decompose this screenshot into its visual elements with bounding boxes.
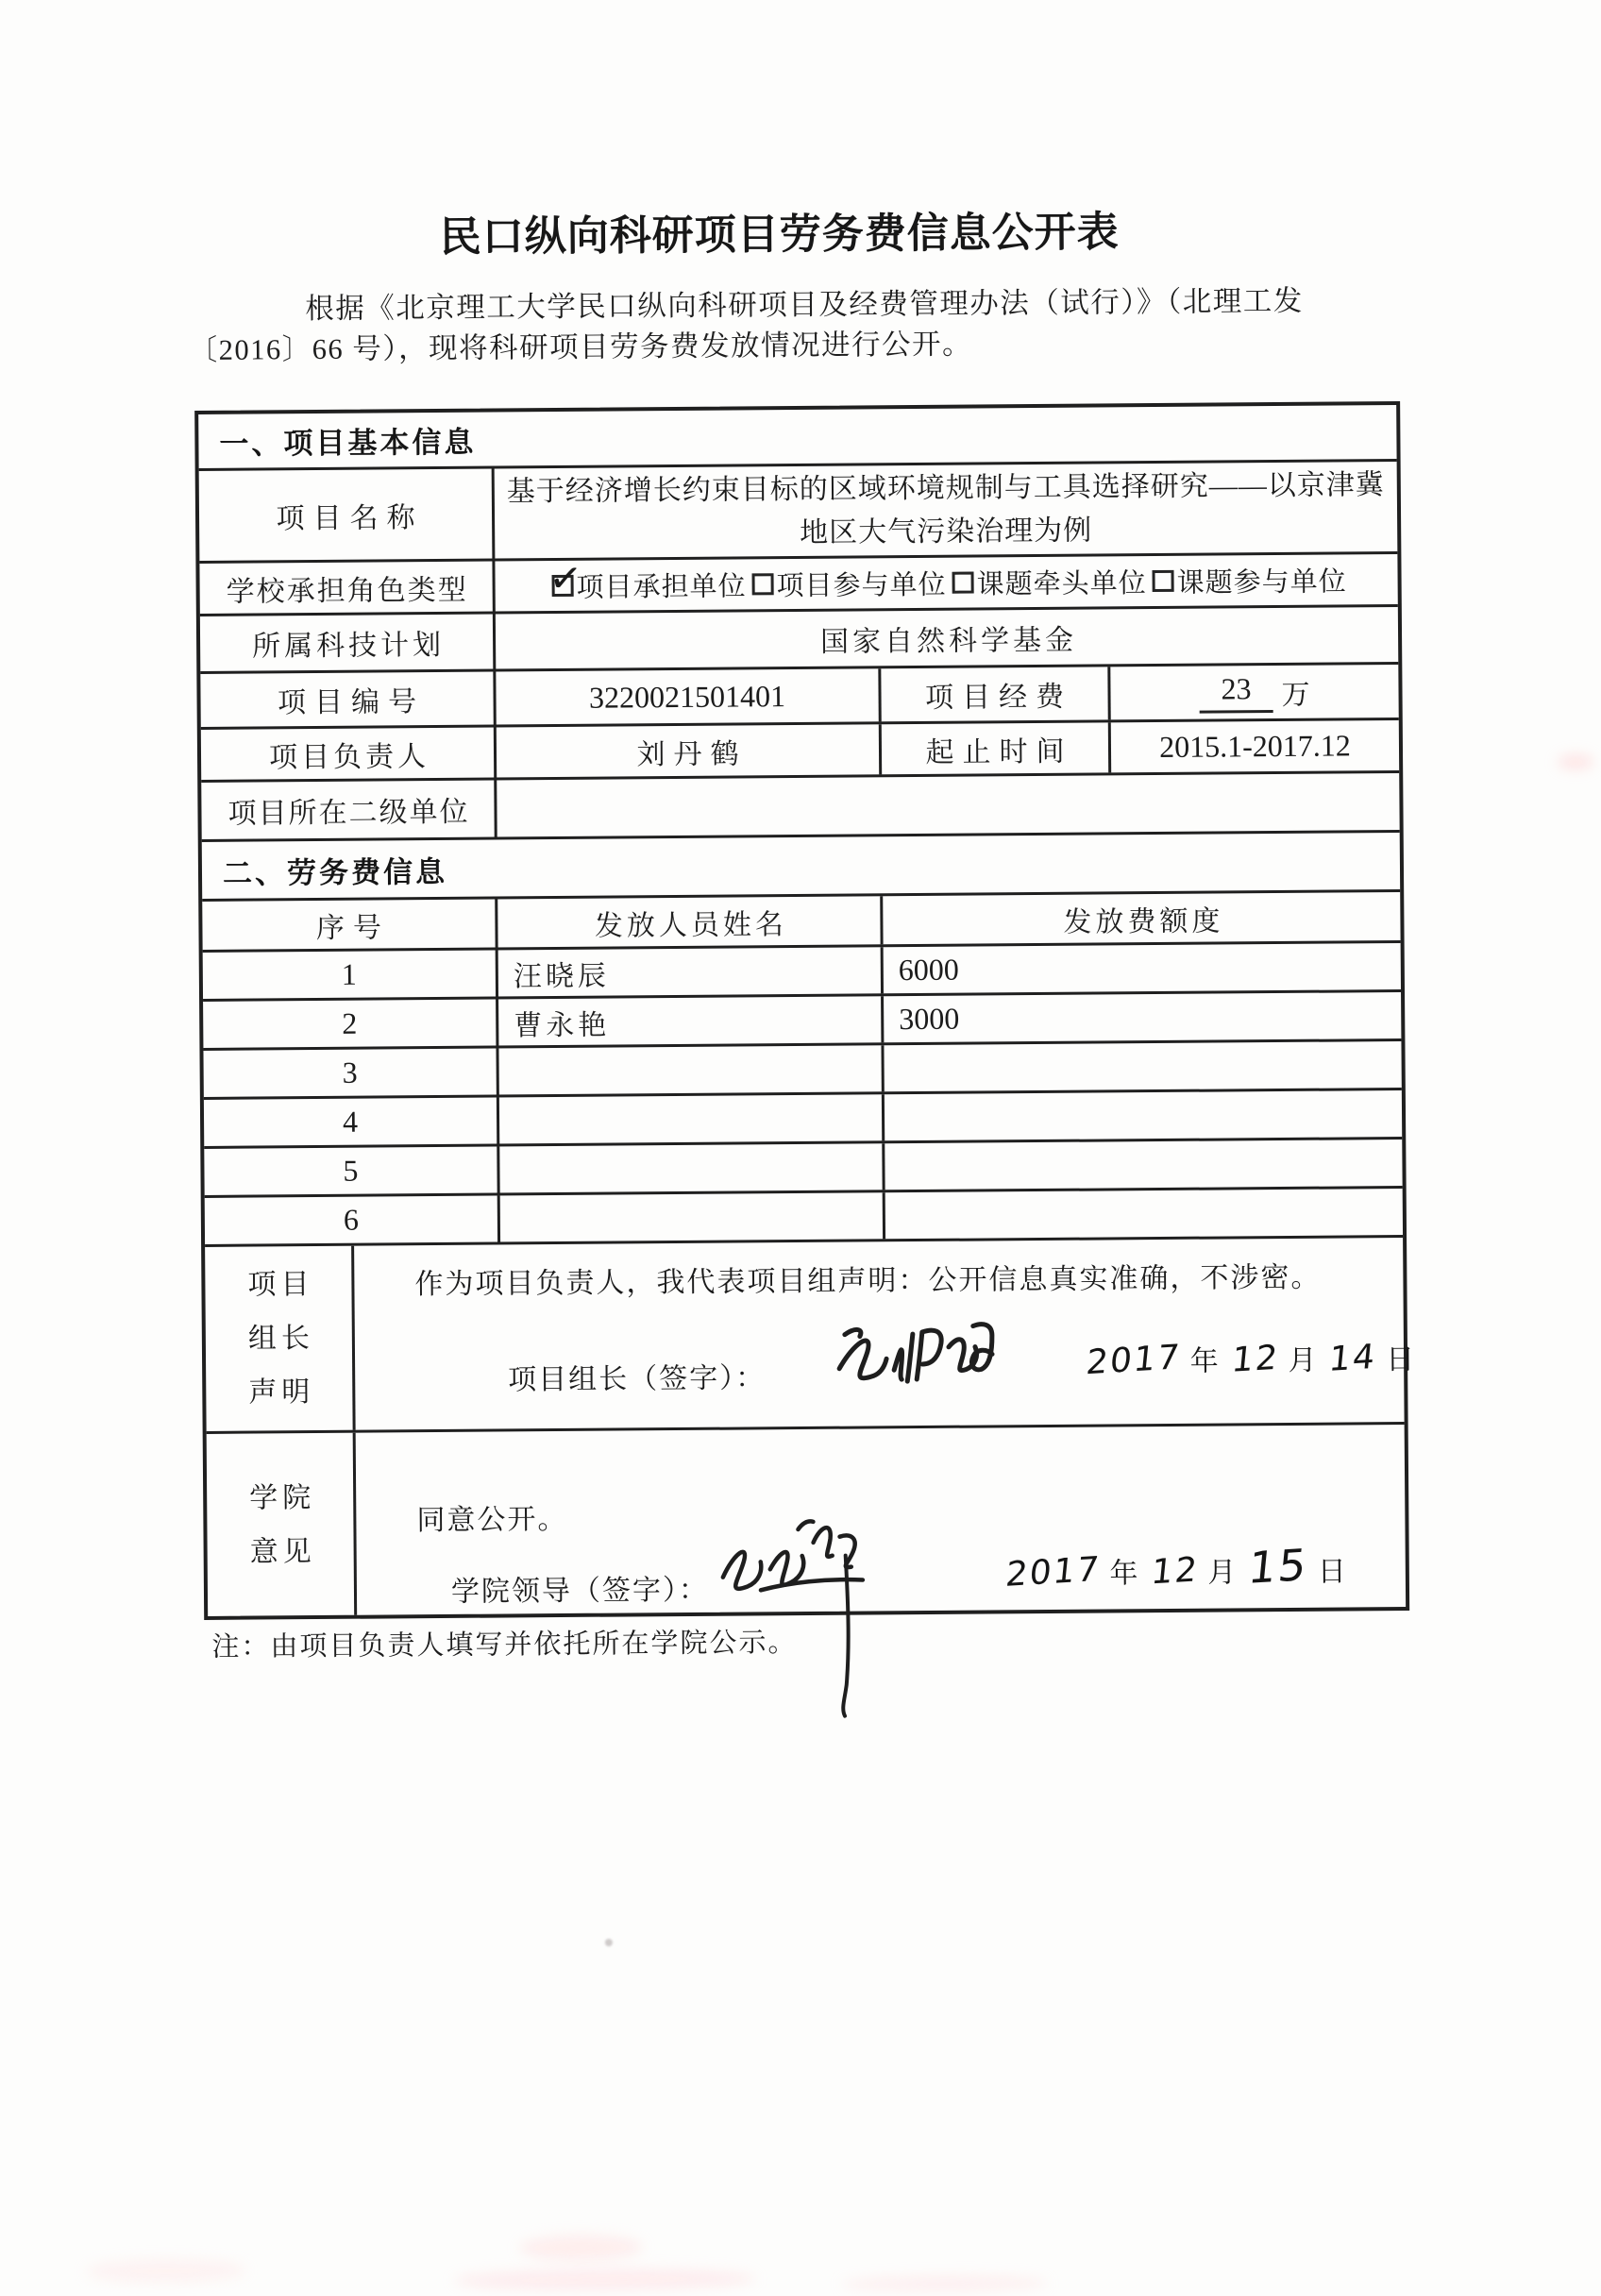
college-opinion-label: 学院 意见 — [207, 1433, 355, 1616]
duration-label: 起止时间 — [879, 722, 1108, 774]
leader-sign-label: 项目组长（签字）： — [508, 1354, 766, 1397]
project-number-label: 项目编号 — [200, 672, 493, 727]
college-sign-label: 学院领导（签字）： — [451, 1566, 709, 1610]
role-type-options: ✓项目承担单位项目参与单位课题牵头单位课题参与单位 — [492, 554, 1397, 612]
scan-smudge — [519, 2235, 642, 2260]
project-name-label: 项目名称 — [199, 469, 493, 561]
scanned-document-page: 民口纵向科研项目劳务费信息公开表 根据《北京理工大学民口纵向科研项目及经费管理办… — [0, 0, 1601, 2296]
college-opinion-row: 学院 意见 同意公开。 学院领导（签字）： — [207, 1422, 1407, 1616]
fee-row-name — [496, 1045, 881, 1094]
column-header-name: 发放人员姓名 — [495, 896, 880, 947]
project-leader-value: 刘丹鹤 — [494, 724, 879, 777]
fee-row: 3 — [203, 1038, 1401, 1097]
duration-value: 2015.1-2017.12 — [1108, 720, 1399, 772]
checkbox-checked-icon: ✓ — [551, 575, 573, 597]
page-title: 民口纵向科研项目劳务费信息公开表 — [0, 194, 1580, 266]
project-name-value-line1: 基于经济增长约束目标的区域环境规制与工具选择研究——以京津冀 — [507, 464, 1385, 514]
scan-smudge — [841, 2275, 1049, 2292]
fee-row-amount: 6000 — [881, 943, 1401, 993]
leader-statement-cell: 作为项目负责人，我代表项目组声明：公开信息真实准确，不涉密。 项目组长（签字）：… — [351, 1238, 1404, 1430]
program-label: 所属科技计划 — [200, 615, 493, 671]
college-opinion-cell: 同意公开。 学院领导（签字）： 2017 年 12 — [353, 1425, 1406, 1615]
intro-paragraph-line-1: 根据《北京理工大学民口纵向科研项目及经费管理办法（试行）》（北理工发 — [305, 278, 1304, 327]
section2-header: 二、劳务费信息 — [202, 833, 1400, 899]
fee-row-amount — [881, 1041, 1401, 1091]
college-opinion-text: 同意公开。 — [416, 1495, 567, 1538]
scan-speck — [605, 1939, 613, 1947]
document-content: 民口纵向科研项目劳务费信息公开表 根据《北京理工大学民口纵向科研项目及经费管理办… — [0, 0, 1601, 2296]
college-date-day: 15 — [1246, 1539, 1310, 1594]
fee-row-name — [497, 1192, 883, 1241]
leader-date-month: 12 — [1230, 1339, 1281, 1380]
secondary-unit-label: 项目所在二级单位 — [201, 781, 494, 839]
fee-row-amount: 3000 — [881, 992, 1401, 1042]
fee-row-no: 5 — [204, 1147, 497, 1195]
leader-statement-label-line: 声明 — [248, 1365, 314, 1420]
project-leader-label: 项目负责人 — [201, 728, 494, 780]
day-unit-label: 日 — [1386, 1336, 1414, 1377]
college-date-month: 12 — [1149, 1550, 1200, 1592]
budget-unit: 万 — [1281, 671, 1309, 713]
leader-date-year: 2017 — [1085, 1338, 1183, 1382]
checkbox-unchecked-icon — [952, 572, 974, 594]
college-opinion-label-line: 意见 — [249, 1525, 315, 1579]
fee-row-amount — [882, 1140, 1402, 1190]
fee-row-name — [497, 1094, 882, 1143]
fee-row: 4 — [204, 1088, 1402, 1146]
leader-statement-label: 项目 组长 声明 — [205, 1246, 353, 1431]
fee-row-no: 2 — [203, 1000, 496, 1048]
leader-statement-text: 作为项目负责人，我代表项目组声明：公开信息真实准确，不涉密。 — [414, 1254, 1321, 1303]
checkbox-unchecked-icon — [1153, 570, 1174, 592]
month-unit-label: 月 — [1288, 1337, 1316, 1378]
fee-row-amount — [882, 1090, 1402, 1140]
fee-row-no: 6 — [205, 1196, 497, 1244]
scan-smudge — [86, 2259, 246, 2283]
project-name-row: 项目名称 基于经济增长约束目标的区域环境规制与工具选择研究——以京津冀 地区大气… — [199, 459, 1398, 561]
fee-row: 2 曹永艳 3000 — [203, 989, 1401, 1048]
leader-handwritten-signature — [832, 1308, 1007, 1404]
leader-date-day: 14 — [1327, 1338, 1378, 1379]
budget-value-cell: 23 万 — [1107, 665, 1398, 719]
leader-statement-row: 项目 组长 声明 作为项目负责人，我代表项目组声明：公开信息真实准确，不涉密。 … — [205, 1235, 1405, 1431]
college-date-year: 2017 — [1004, 1550, 1103, 1595]
column-header-no: 序号 — [202, 900, 495, 950]
check-mark-icon: ✓ — [547, 553, 585, 602]
role-option-label: 课题参与单位 — [1176, 560, 1346, 599]
fee-row: 5 — [204, 1137, 1402, 1195]
section2-header-row: 二、劳务费信息 — [202, 830, 1400, 899]
leader-sign-date: 2017 年 12 月 14 日 — [1087, 1336, 1428, 1380]
secondary-unit-row: 项目所在二级单位 — [201, 770, 1399, 839]
fee-row-name — [497, 1143, 882, 1192]
intro-paragraph-line-2: 〔2016〕66 号），现将科研项目劳务费发放情况进行公开。 — [188, 321, 972, 369]
project-leader-row: 项目负责人 刘丹鹤 起止时间 2015.1-2017.12 — [201, 717, 1399, 780]
college-opinion-label-line: 学院 — [249, 1471, 315, 1526]
budget-value: 23 — [1199, 671, 1272, 714]
role-option-label: 项目承担单位 — [576, 565, 746, 604]
fee-table-column-header-row: 序号 发放人员姓名 发放费额度 — [202, 889, 1400, 950]
leader-statement-label-line: 项目 — [247, 1258, 313, 1312]
secondary-unit-value — [494, 773, 1399, 837]
project-number-value: 3220021501401 — [493, 668, 878, 724]
program-value: 国家自然科学基金 — [493, 607, 1398, 669]
fee-row-name: 汪晓辰 — [496, 947, 881, 996]
day-unit-label: 日 — [1318, 1547, 1346, 1589]
column-header-amount: 发放费额度 — [880, 892, 1400, 944]
fee-row-amount — [883, 1189, 1403, 1239]
year-unit-label: 年 — [1190, 1338, 1219, 1379]
budget-label: 项目经费 — [878, 667, 1107, 721]
month-unit-label: 月 — [1207, 1548, 1236, 1590]
section1-header: 一、项目基本信息 — [198, 405, 1396, 468]
fee-row-no: 1 — [203, 951, 496, 999]
fee-row-name: 曹永艳 — [496, 996, 881, 1045]
section1-header-row: 一、项目基本信息 — [198, 405, 1396, 468]
fee-row: 1 汪晓辰 6000 — [203, 940, 1401, 999]
leader-statement-label-line: 组长 — [248, 1311, 314, 1366]
scan-smudge — [1558, 754, 1593, 768]
year-unit-label: 年 — [1109, 1549, 1138, 1591]
fee-row: 6 — [205, 1186, 1403, 1244]
fee-row-no: 3 — [203, 1049, 496, 1097]
project-number-row: 项目编号 3220021501401 项目经费 23 万 — [200, 662, 1398, 727]
college-sign-date: 2017 年 12 月 15 日 — [1006, 1540, 1359, 1594]
role-type-label: 学校承担角色类型 — [199, 562, 492, 614]
fee-row-no: 4 — [204, 1098, 497, 1146]
checkbox-unchecked-icon — [752, 573, 774, 595]
role-option-label: 项目参与单位 — [776, 564, 946, 603]
role-option-label: 课题牵头单位 — [976, 562, 1146, 601]
form-table: 一、项目基本信息 项目名称 基于经济增长约束目标的区域环境规制与工具选择研究——… — [194, 401, 1409, 1620]
scan-smudge — [454, 2268, 756, 2291]
project-name-value-line2: 地区大气污染治理为例 — [800, 509, 1092, 554]
project-name-value: 基于经济增长约束目标的区域环境规制与工具选择研究——以京津冀 地区大气污染治理为… — [492, 462, 1398, 559]
program-row: 所属科技计划 国家自然科学基金 — [200, 604, 1398, 671]
footnote: 注：由项目负责人填写并依托所在学院公示。 — [211, 1621, 797, 1664]
role-type-row: 学校承担角色类型 ✓项目承担单位项目参与单位课题牵头单位课题参与单位 — [199, 551, 1397, 614]
